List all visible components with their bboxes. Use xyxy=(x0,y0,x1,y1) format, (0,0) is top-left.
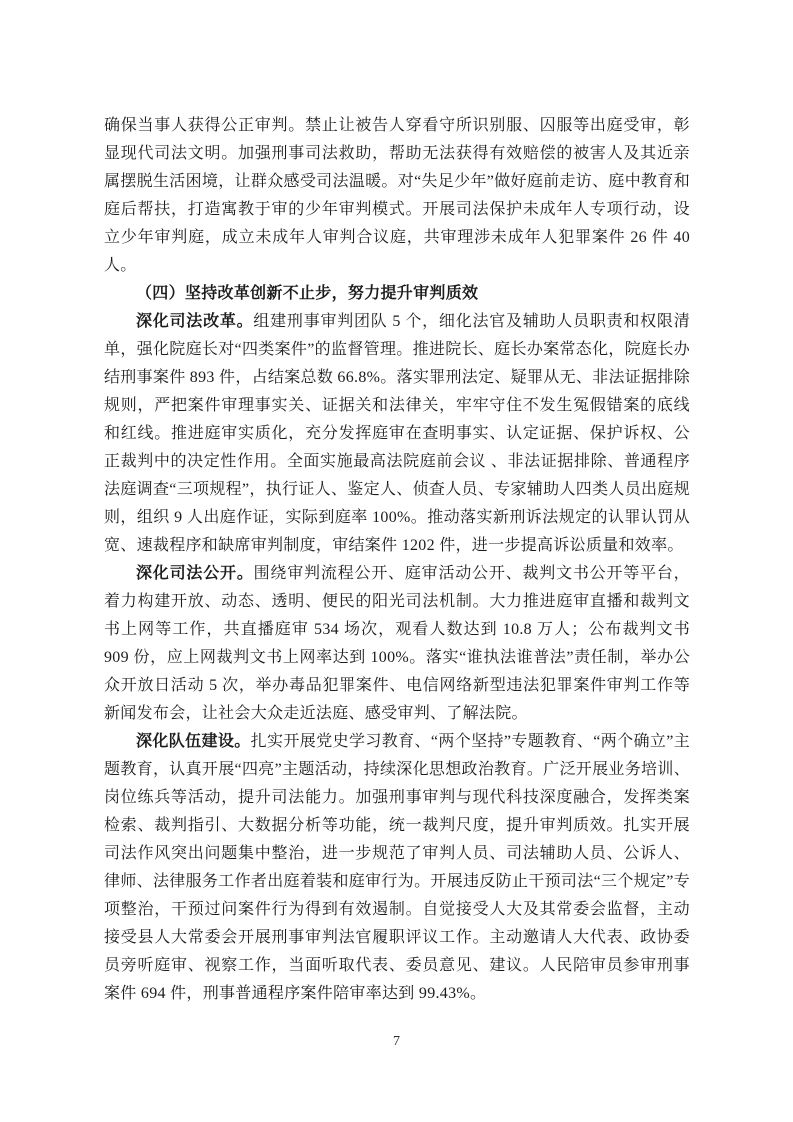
paragraph-lead-team-building: 深化队伍建设。 xyxy=(136,733,251,750)
paragraph-text-team-building: 扎实开展党史学习教育、“两个坚持”专题教育、“两个确立”主题教育，认真开展“四亮… xyxy=(104,733,690,1002)
page-body-text: 确保当事人获得公正审判。禁止让被告人穿看守所识别服、囚服等出庭受审，彰显现代司法… xyxy=(104,112,690,1008)
paragraph-judicial-openness: 深化司法公开。围绕审判流程公开、庭审活动公开、裁判文书公开等平台，着力构建开放、… xyxy=(104,560,690,728)
paragraph-lead-judicial-reform: 深化司法改革。 xyxy=(136,313,253,330)
paragraph-text-judicial-openness: 围绕审判流程公开、庭审活动公开、裁判文书公开等平台，着力构建开放、动态、透明、便… xyxy=(104,565,690,722)
document-page: 确保当事人获得公正审判。禁止让被告人穿看守所识别服、囚服等出庭受审，彰显现代司法… xyxy=(0,0,793,1122)
page-number: 7 xyxy=(0,1033,793,1051)
paragraph-judicial-reform: 深化司法改革。组建刑事审判团队 5 个，细化法官及辅助人员职责和权限清单，强化院… xyxy=(104,308,690,560)
paragraph-continuation: 确保当事人获得公正审判。禁止让被告人穿看守所识别服、囚服等出庭受审，彰显现代司法… xyxy=(104,112,690,280)
paragraph-lead-judicial-openness: 深化司法公开。 xyxy=(136,565,254,582)
section-heading: （四）坚持改革创新不止步，努力提升审判质效 xyxy=(104,280,690,308)
paragraph-team-building: 深化队伍建设。扎实开展党史学习教育、“两个坚持”专题教育、“两个确立”主题教育，… xyxy=(104,728,690,1008)
paragraph-text-judicial-reform: 组建刑事审判团队 5 个，细化法官及辅助人员职责和权限清单，强化院庭长对“四类案… xyxy=(104,313,690,554)
